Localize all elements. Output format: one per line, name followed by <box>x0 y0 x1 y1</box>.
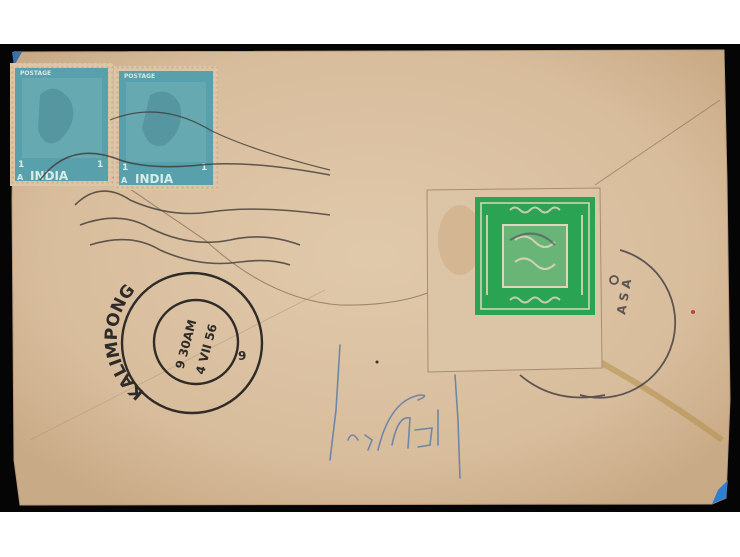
tibet-stamp-piece <box>427 188 602 372</box>
svg-text:A: A <box>17 173 24 182</box>
svg-text:POSTAGE: POSTAGE <box>20 70 51 77</box>
postal-cover: POSTAGE INDIA 1 A 1 POSTAGE INDIA 1 A 1 … <box>0 0 740 557</box>
svg-text:A: A <box>121 176 128 185</box>
svg-text:POSTAGE: POSTAGE <box>124 73 155 80</box>
svg-text:INDIA: INDIA <box>30 169 69 183</box>
red-speck <box>691 310 695 314</box>
svg-text:INDIA: INDIA <box>135 172 174 186</box>
svg-text:1: 1 <box>18 160 24 170</box>
svg-text:1: 1 <box>97 160 103 170</box>
india-stamp-1: POSTAGE INDIA 1 A 1 <box>10 63 113 186</box>
svg-text:9: 9 <box>238 349 246 363</box>
svg-text:1: 1 <box>122 163 128 173</box>
india-stamp-2: POSTAGE INDIA 1 A 1 <box>114 66 218 190</box>
speck <box>376 361 379 364</box>
